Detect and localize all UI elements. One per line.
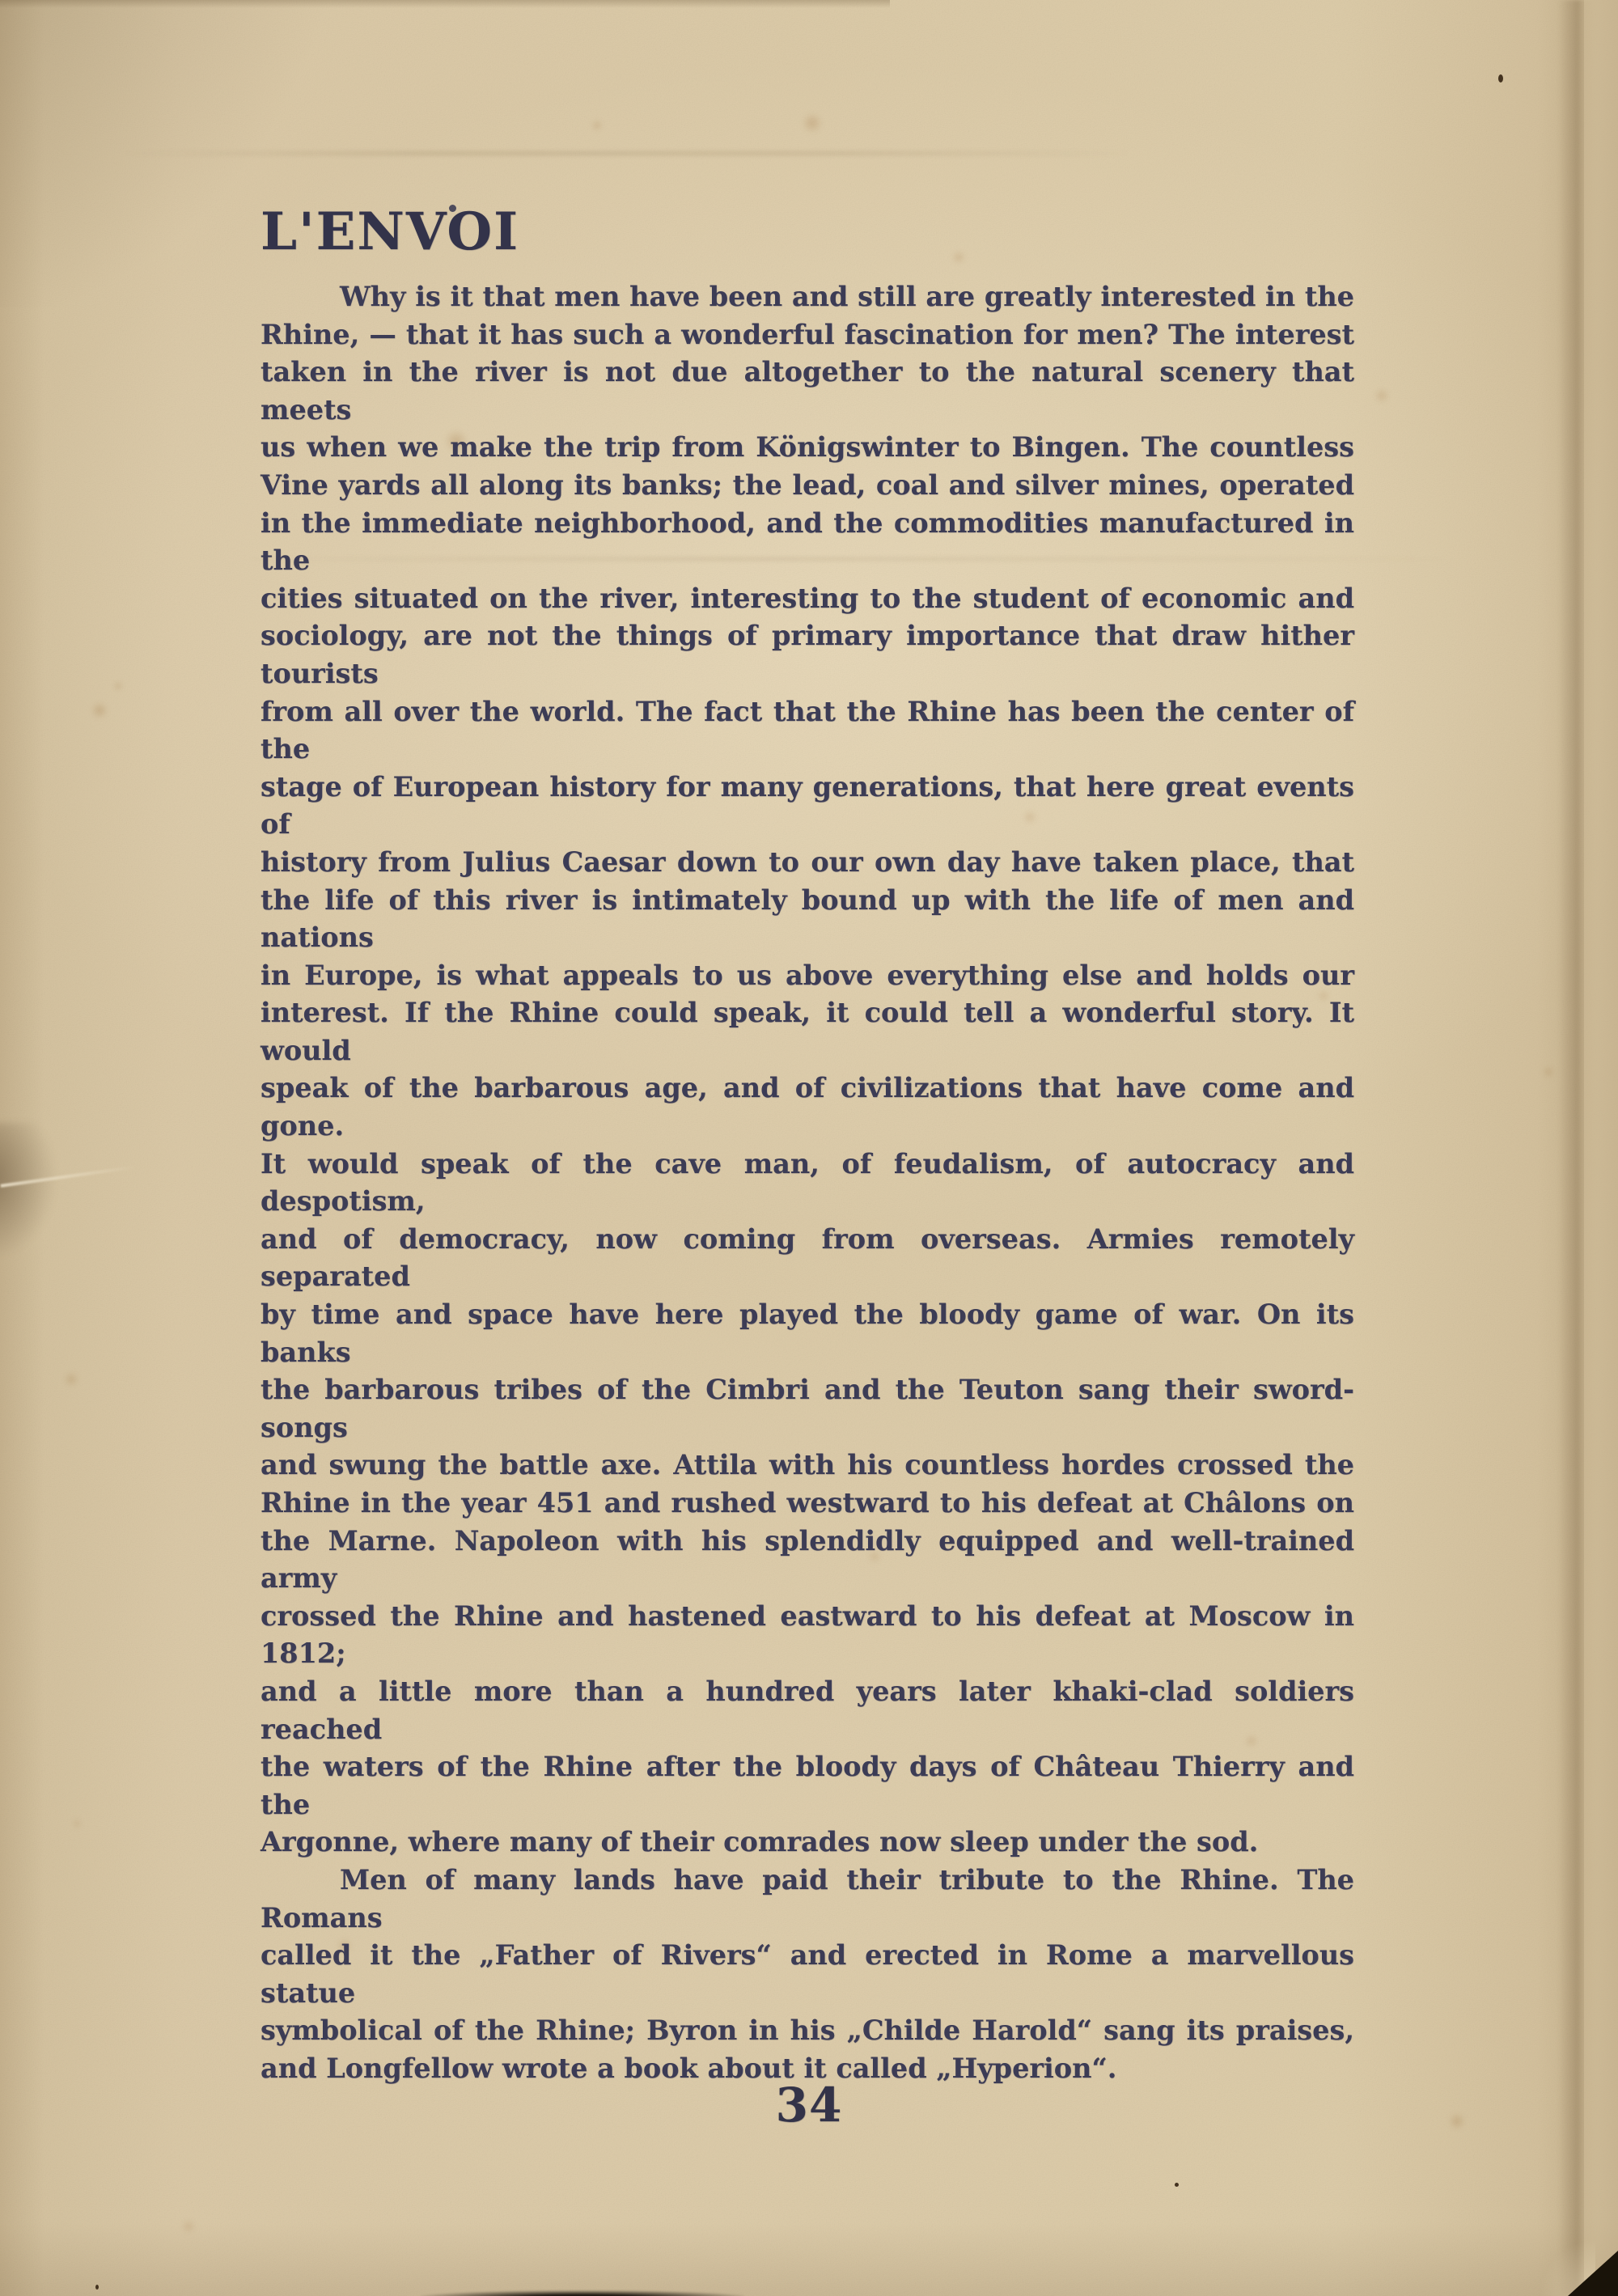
top-edge-shadow <box>0 0 890 8</box>
text-line: us when we make the trip from Königswint… <box>260 429 1354 467</box>
foxing-spot <box>801 113 824 133</box>
foxing-spot <box>71 1819 83 1828</box>
text-line: the Marne. Napoleon with his splendidly … <box>260 1523 1354 1598</box>
text-line: Rhine in the year 451 and rushed westwar… <box>260 1485 1354 1523</box>
text-line: taken in the river is not due altogether… <box>260 354 1354 429</box>
paragraph-2: Men of many lands have paid their tribut… <box>260 1862 1354 2088</box>
text-line: cities situated on the river, interestin… <box>260 580 1354 618</box>
title-overdot-artifact <box>449 205 456 212</box>
foxing-spot <box>1374 388 1390 403</box>
foxing-spot <box>91 702 108 718</box>
dark-speck <box>1175 2183 1179 2187</box>
text-line: stage of European history for many gener… <box>260 769 1354 844</box>
text-line: the life of this river is intimately bou… <box>260 882 1354 957</box>
text-line: in the immediate neighborhood, and the c… <box>260 505 1354 580</box>
foxing-spot <box>113 681 123 691</box>
text-line: Vine yards all along its banks; the lead… <box>260 467 1354 505</box>
text-line: the barbarous tribes of the Cimbri and t… <box>260 1371 1354 1447</box>
foxing-spot <box>591 120 604 131</box>
right-page-edge <box>1584 0 1618 2296</box>
text-line: Rhine, — that it has such a wonderful fa… <box>260 316 1354 354</box>
text-line: history from Julius Caesar down to our o… <box>260 844 1354 882</box>
text-line: Men of many lands have paid their tribut… <box>260 1862 1354 1937</box>
text-line: speak of the barbarous age, and of civil… <box>260 1070 1354 1145</box>
text-line: and a little more than a hundred years l… <box>260 1673 1354 1748</box>
scan-bottom-black-edge <box>421 2290 744 2296</box>
text-line: symbolical of the Rhine; Byron in his „C… <box>260 2012 1354 2050</box>
text-line: the waters of the Rhine after the bloody… <box>260 1748 1354 1824</box>
text-line: from all over the world. The fact that t… <box>260 693 1354 769</box>
scanned-book-page: L'ENVOI Why is it that men have been and… <box>0 0 1618 2296</box>
text-line: and swung the battle axe. Attila with hi… <box>260 1447 1354 1485</box>
text-line: Why is it that men have been and still a… <box>260 278 1354 316</box>
text-line: It would speak of the cave man, of feuda… <box>260 1146 1354 1221</box>
text-line: Argonne, where many of their comrades no… <box>260 1824 1354 1862</box>
foxing-spot <box>63 1372 79 1387</box>
left-edge-smudge <box>0 1123 58 1260</box>
text-line: crossed the Rhine and hastened eastward … <box>260 1598 1354 1673</box>
foxing-spot <box>1542 1066 1555 1078</box>
text-line: in Europe, is what appeals to us above e… <box>260 957 1354 995</box>
horizontal-crease <box>121 150 1133 156</box>
text-line: and of democracy, now coming from overse… <box>260 1221 1354 1296</box>
text-line: by time and space have here played the b… <box>260 1296 1354 1371</box>
text-line: sociology, are not the things of primary… <box>260 617 1354 693</box>
bottom-edge-shadow <box>0 2223 1618 2296</box>
dark-speck <box>1498 74 1503 83</box>
text-line: interest. If the Rhine could speak, it c… <box>260 994 1354 1070</box>
paragraph-1: Why is it that men have been and still a… <box>260 278 1354 1862</box>
page-title: L'ENVOI <box>260 204 1354 265</box>
text-block: L'ENVOI Why is it that men have been and… <box>260 204 1354 2088</box>
text-line: called it the „Father of Rivers“ and ere… <box>260 1937 1354 2012</box>
page-number: 34 <box>0 2078 1618 2133</box>
